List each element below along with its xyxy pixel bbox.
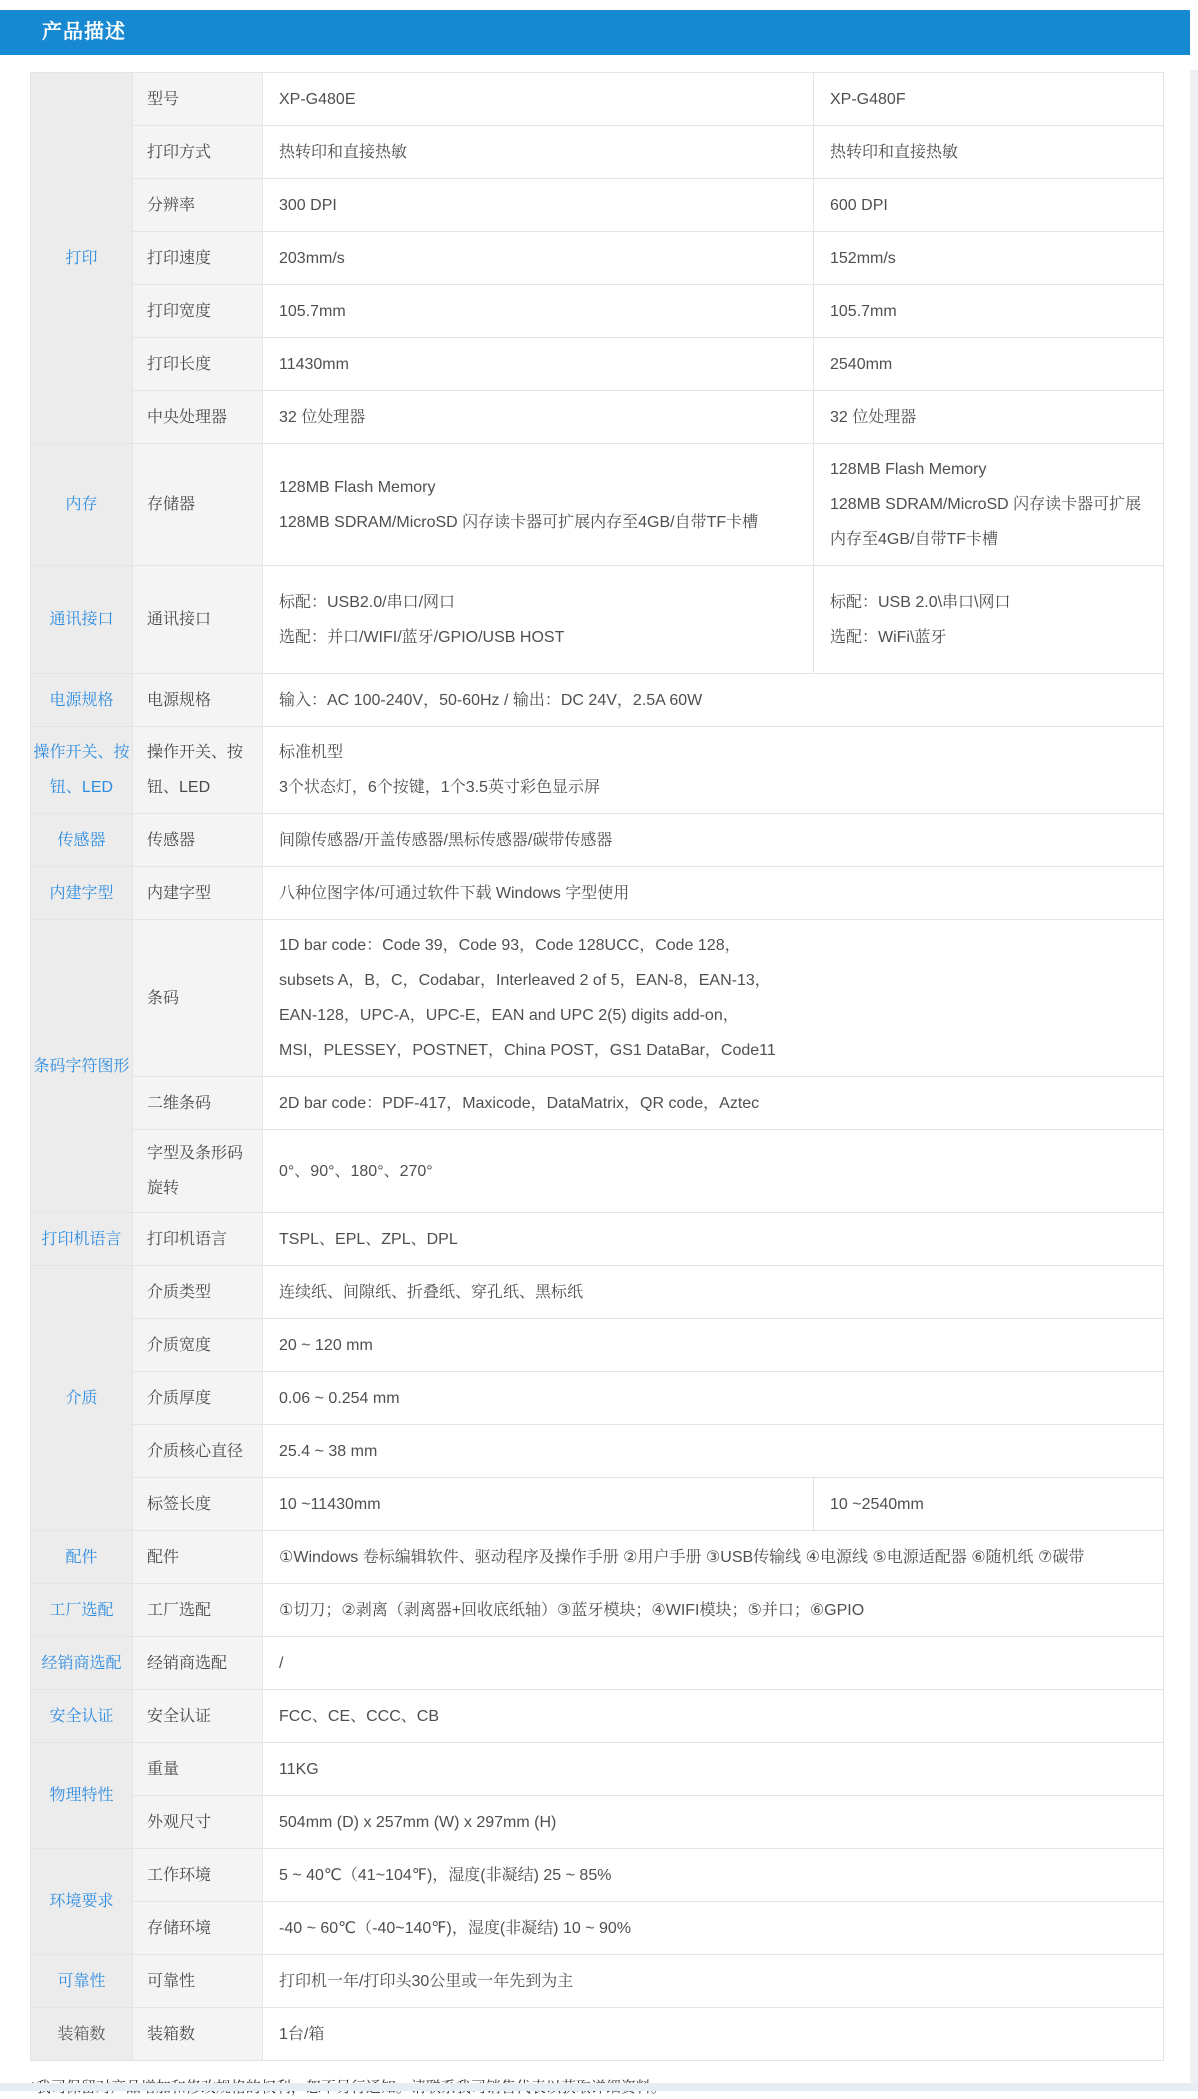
attribute-cell: 打印宽度	[133, 285, 263, 338]
attribute-cell: 打印机语言	[133, 1213, 263, 1266]
category-cell: 环境要求	[31, 1849, 133, 1955]
value-cell: XP-G480E	[263, 73, 814, 126]
table-row: 可靠性 可靠性 打印机一年/打印头30公里或一年先到为主	[31, 1955, 1164, 2008]
value-cell: 打印机一年/打印头30公里或一年先到为主	[263, 1955, 1164, 2008]
attribute-cell: 介质厚度	[133, 1372, 263, 1425]
category-cell: 配件	[31, 1531, 133, 1584]
category-cell: 内存	[31, 444, 133, 566]
value-cell: 间隙传感器/开盖传感器/黑标传感器/碳带传感器	[263, 814, 1164, 867]
category-cell: 装箱数	[31, 2008, 133, 2061]
table-row: 打印 型号 XP-G480E XP-G480F	[31, 73, 1164, 126]
table-row: 配件 配件 ①Windows 卷标编辑软件、驱动程序及操作手册 ②用户手册 ③U…	[31, 1531, 1164, 1584]
attribute-cell: 打印方式	[133, 126, 263, 179]
value-cell: FCC、CE、CCC、CB	[263, 1690, 1164, 1743]
value-cell: 20 ~ 120 mm	[263, 1319, 1164, 1372]
value-cell: 25.4 ~ 38 mm	[263, 1425, 1164, 1478]
table-row: 内建字型 内建字型 八种位图字体/可通过软件下载 Windows 字型使用	[31, 867, 1164, 920]
table-row: 存储环境 -40 ~ 60℃（-40~140℉)，湿度(非凝结) 10 ~ 90…	[31, 1902, 1164, 1955]
value-cell: 128MB Flash Memory 128MB SDRAM/MicroSD 闪…	[263, 444, 814, 566]
table-row: 物理特性 重量 11KG	[31, 1743, 1164, 1796]
value-cell: 10 ~11430mm	[263, 1478, 814, 1531]
attribute-cell: 工作环境	[133, 1849, 263, 1902]
table-row: 字型及条形码旋转 0°、90°、180°、270°	[31, 1130, 1164, 1213]
bottom-section-edge	[0, 2083, 1198, 2091]
table-row: 传感器 传感器 间隙传感器/开盖传感器/黑标传感器/碳带传感器	[31, 814, 1164, 867]
value-cell: 2540mm	[814, 338, 1164, 391]
attribute-cell: 装箱数	[133, 2008, 263, 2061]
category-cell: 工厂选配	[31, 1584, 133, 1637]
attribute-cell: 操作开关、按钮、LED	[133, 727, 263, 814]
value-cell: 152mm/s	[814, 232, 1164, 285]
table-row: 环境要求 工作环境 5 ~ 40℃（41~104℉)，湿度(非凝结) 25 ~ …	[31, 1849, 1164, 1902]
table-row: 分辨率 300 DPI 600 DPI	[31, 179, 1164, 232]
attribute-cell: 介质类型	[133, 1266, 263, 1319]
category-cell: 打印	[31, 73, 133, 444]
attribute-cell: 打印速度	[133, 232, 263, 285]
value-cell: 105.7mm	[263, 285, 814, 338]
value-cell: 热转印和直接热敏	[263, 126, 814, 179]
value-cell: ①Windows 卷标编辑软件、驱动程序及操作手册 ②用户手册 ③USB传输线 …	[263, 1531, 1164, 1584]
category-cell: 打印机语言	[31, 1213, 133, 1266]
table-row: 标签长度 10 ~11430mm 10 ~2540mm	[31, 1478, 1164, 1531]
value-cell: 600 DPI	[814, 179, 1164, 232]
category-cell: 安全认证	[31, 1690, 133, 1743]
value-cell: 标配：USB 2.0\串口\网口 选配：WiFi\蓝牙	[814, 566, 1164, 674]
attribute-cell: 分辨率	[133, 179, 263, 232]
category-cell: 传感器	[31, 814, 133, 867]
value-cell: 0°、90°、180°、270°	[263, 1130, 1164, 1213]
table-row: 打印宽度 105.7mm 105.7mm	[31, 285, 1164, 338]
attribute-cell: 二维条码	[133, 1077, 263, 1130]
table-row: 打印机语言 打印机语言 TSPL、EPL、ZPL、DPL	[31, 1213, 1164, 1266]
value-cell: 1D bar code：Code 39，Code 93，Code 128UCC，…	[263, 920, 1164, 1077]
spec-table: 打印 型号 XP-G480E XP-G480F 打印方式 热转印和直接热敏 热转…	[30, 72, 1164, 2061]
scrollbar-track[interactable]	[1190, 70, 1198, 2083]
section-header: 产品描述	[0, 10, 1190, 55]
category-cell: 条码字符图形	[31, 920, 133, 1213]
value-cell: 1台/箱	[263, 2008, 1164, 2061]
value-cell: TSPL、EPL、ZPL、DPL	[263, 1213, 1164, 1266]
table-row: 通讯接口 通讯接口 标配：USB2.0/串口/网口 选配：并口/WIFI/蓝牙/…	[31, 566, 1164, 674]
value-cell: 热转印和直接热敏	[814, 126, 1164, 179]
value-cell: 2D bar code：PDF-417，Maxicode，DataMatrix，…	[263, 1077, 1164, 1130]
table-row: 打印长度 11430mm 2540mm	[31, 338, 1164, 391]
value-cell: 10 ~2540mm	[814, 1478, 1164, 1531]
attribute-cell: 介质宽度	[133, 1319, 263, 1372]
table-row: 二维条码 2D bar code：PDF-417，Maxicode，DataMa…	[31, 1077, 1164, 1130]
spec-table-wrap: 打印 型号 XP-G480E XP-G480F 打印方式 热转印和直接热敏 热转…	[30, 72, 1198, 2061]
value-cell: 标配：USB2.0/串口/网口 选配：并口/WIFI/蓝牙/GPIO/USB H…	[263, 566, 814, 674]
page-title: 产品描述	[42, 21, 126, 43]
value-cell: 八种位图字体/可通过软件下载 Windows 字型使用	[263, 867, 1164, 920]
table-row: 安全认证 安全认证 FCC、CE、CCC、CB	[31, 1690, 1164, 1743]
attribute-cell: 介质核心直径	[133, 1425, 263, 1478]
value-cell: 300 DPI	[263, 179, 814, 232]
attribute-cell: 字型及条形码旋转	[133, 1130, 263, 1213]
table-row: 介质核心直径 25.4 ~ 38 mm	[31, 1425, 1164, 1478]
attribute-cell: 安全认证	[133, 1690, 263, 1743]
value-cell: 输入：AC 100-240V，50-60Hz / 输出：DC 24V，2.5A …	[263, 674, 1164, 727]
attribute-cell: 打印长度	[133, 338, 263, 391]
value-cell: ①切刀；②剥离（剥离器+回收底纸轴）③蓝牙模块；④WIFI模块；⑤并口；⑥GPI…	[263, 1584, 1164, 1637]
category-cell: 经销商选配	[31, 1637, 133, 1690]
category-cell: 通讯接口	[31, 566, 133, 674]
attribute-cell: 通讯接口	[133, 566, 263, 674]
table-row: 条码字符图形 条码 1D bar code：Code 39，Code 93，Co…	[31, 920, 1164, 1077]
attribute-cell: 重量	[133, 1743, 263, 1796]
attribute-cell: 传感器	[133, 814, 263, 867]
table-row: 打印方式 热转印和直接热敏 热转印和直接热敏	[31, 126, 1164, 179]
attribute-cell: 中央处理器	[133, 391, 263, 444]
value-cell: 11KG	[263, 1743, 1164, 1796]
attribute-cell: 可靠性	[133, 1955, 263, 2008]
attribute-cell: 标签长度	[133, 1478, 263, 1531]
value-cell: 105.7mm	[814, 285, 1164, 338]
value-cell: 连续纸、间隙纸、折叠纸、穿孔纸、黑标纸	[263, 1266, 1164, 1319]
attribute-cell: 型号	[133, 73, 263, 126]
table-row: 中央处理器 32 位处理器 32 位处理器	[31, 391, 1164, 444]
table-row: 操作开关、按钮、LED 操作开关、按钮、LED 标准机型 3个状态灯，6个按键，…	[31, 727, 1164, 814]
attribute-cell: 内建字型	[133, 867, 263, 920]
value-cell: 5 ~ 40℃（41~104℉)，湿度(非凝结) 25 ~ 85%	[263, 1849, 1164, 1902]
value-cell: 504mm (D) x 257mm (W) x 297mm (H)	[263, 1796, 1164, 1849]
attribute-cell: 工厂选配	[133, 1584, 263, 1637]
table-row: 经销商选配 经销商选配 /	[31, 1637, 1164, 1690]
table-row: 外观尺寸 504mm (D) x 257mm (W) x 297mm (H)	[31, 1796, 1164, 1849]
table-row: 电源规格 电源规格 输入：AC 100-240V，50-60Hz / 输出：DC…	[31, 674, 1164, 727]
attribute-cell: 配件	[133, 1531, 263, 1584]
value-cell: /	[263, 1637, 1164, 1690]
table-row: 介质宽度 20 ~ 120 mm	[31, 1319, 1164, 1372]
attribute-cell: 存储环境	[133, 1902, 263, 1955]
value-cell: 11430mm	[263, 338, 814, 391]
value-cell: 32 位处理器	[814, 391, 1164, 444]
category-cell: 介质	[31, 1266, 133, 1531]
category-cell: 可靠性	[31, 1955, 133, 2008]
category-cell: 电源规格	[31, 674, 133, 727]
attribute-cell: 经销商选配	[133, 1637, 263, 1690]
category-cell: 内建字型	[31, 867, 133, 920]
attribute-cell: 电源规格	[133, 674, 263, 727]
table-row: 介质 介质类型 连续纸、间隙纸、折叠纸、穿孔纸、黑标纸	[31, 1266, 1164, 1319]
value-cell: XP-G480F	[814, 73, 1164, 126]
category-cell: 物理特性	[31, 1743, 133, 1849]
table-row: 内存 存储器 128MB Flash Memory 128MB SDRAM/Mi…	[31, 444, 1164, 566]
value-cell: 203mm/s	[263, 232, 814, 285]
attribute-cell: 外观尺寸	[133, 1796, 263, 1849]
value-cell: -40 ~ 60℃（-40~140℉)，湿度(非凝结) 10 ~ 90%	[263, 1902, 1164, 1955]
table-row: 装箱数 装箱数 1台/箱	[31, 2008, 1164, 2061]
value-cell: 标准机型 3个状态灯，6个按键，1个3.5英寸彩色显示屏	[263, 727, 1164, 814]
attribute-cell: 条码	[133, 920, 263, 1077]
value-cell: 128MB Flash Memory 128MB SDRAM/MicroSD 闪…	[814, 444, 1164, 566]
category-cell: 操作开关、按钮、LED	[31, 727, 133, 814]
table-row: 介质厚度 0.06 ~ 0.254 mm	[31, 1372, 1164, 1425]
table-row: 打印速度 203mm/s 152mm/s	[31, 232, 1164, 285]
value-cell: 32 位处理器	[263, 391, 814, 444]
attribute-cell: 存储器	[133, 444, 263, 566]
value-cell: 0.06 ~ 0.254 mm	[263, 1372, 1164, 1425]
table-row: 工厂选配 工厂选配 ①切刀；②剥离（剥离器+回收底纸轴）③蓝牙模块；④WIFI模…	[31, 1584, 1164, 1637]
